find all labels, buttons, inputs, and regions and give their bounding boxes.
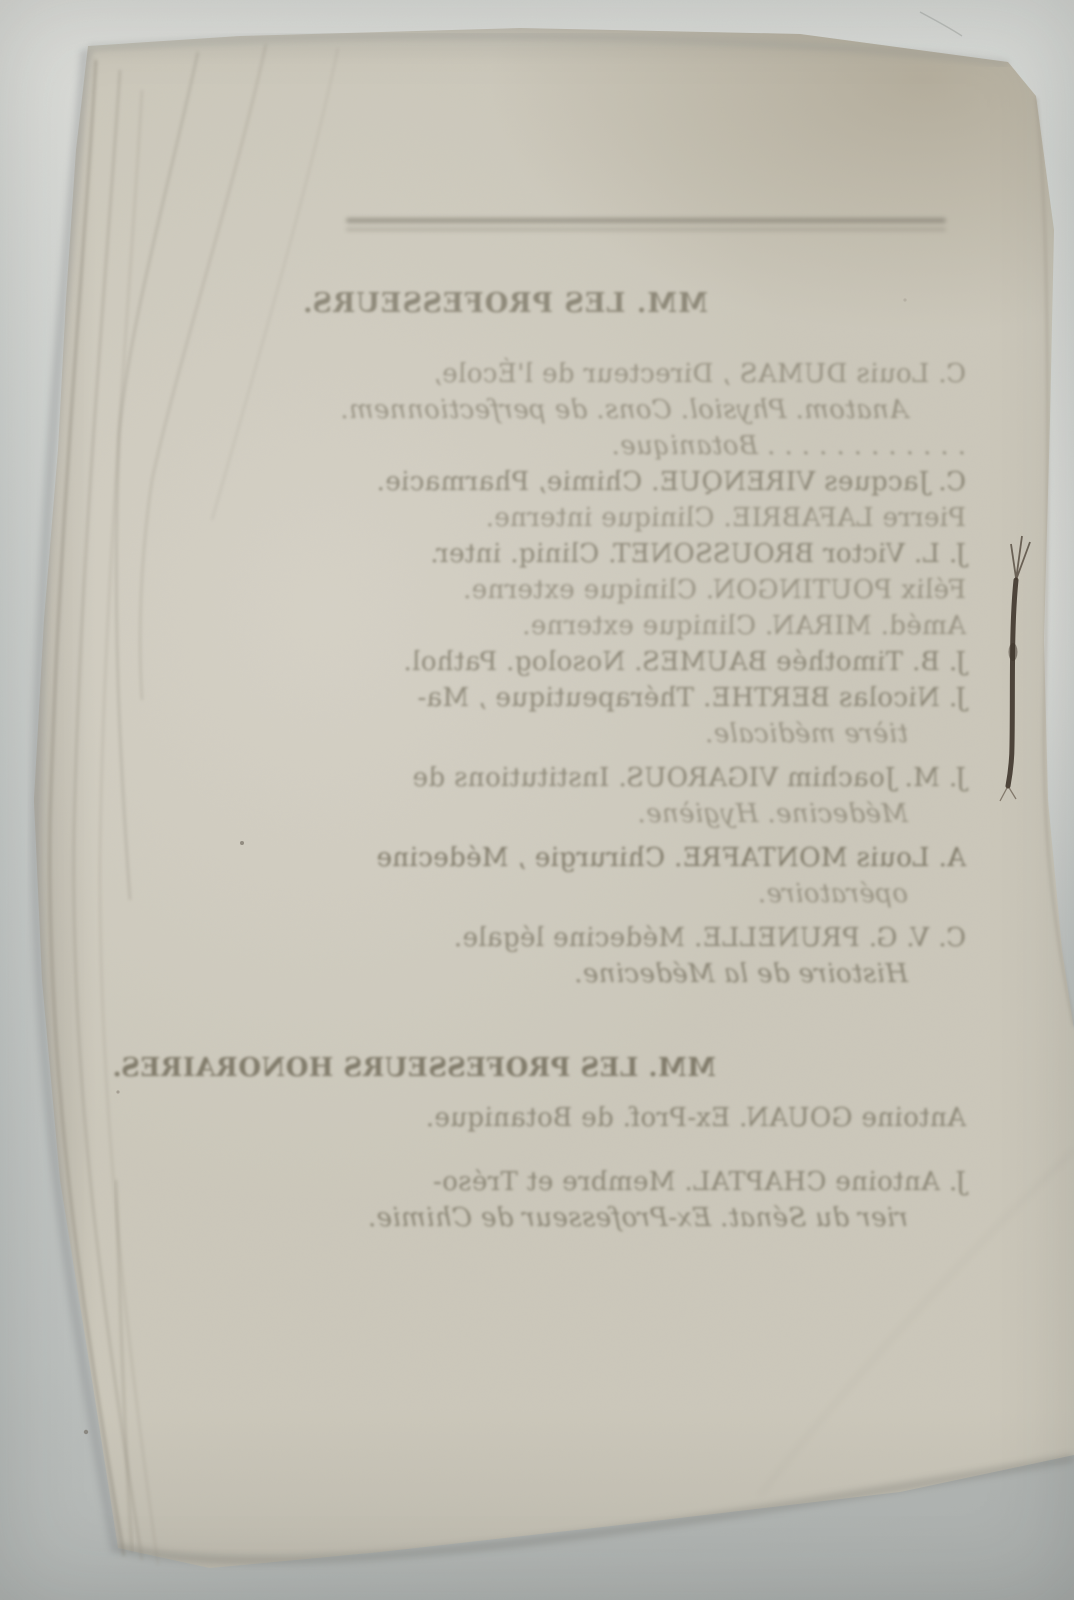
backdrop-hair-mark: [920, 12, 962, 36]
speck-3: [84, 1430, 88, 1434]
professor-entry-virenque: C. Jacques VIRENQUE. Chimie, Pharmacie.: [336, 464, 966, 500]
professor-entry-lafabrie: Pierre LAFABRIE. Clinique interne.: [336, 500, 966, 536]
honorary-entry-gouan: Antoine GOUAN. Ex-Prof. de Botanique.: [336, 1100, 966, 1136]
professor-entry-prunelle: C. V. G. PRUNELLE. Médecine légale.: [336, 920, 966, 956]
show-through-text-block: MM. LES PROFESSEURS. C. Louis DUMAS , Di…: [330, 270, 966, 1236]
professor-entry-berthe: J. Nicolas BERTHE. Thérapeutique , Ma-: [336, 680, 966, 716]
professor-entry-montafre-cont: opératoire.: [336, 876, 908, 912]
professor-entry-baumes: J. B. Timothée BAUMES. Nosolog. Pathol.: [336, 644, 966, 680]
professors-heading: MM. LES PROFESSEURS.: [336, 286, 708, 322]
professor-entry-vigarous: J. M. Joachim VIGAROUS. Institutions de: [336, 760, 966, 796]
professor-entry-berthe-cont: tière médicale.: [336, 716, 908, 752]
rule-thin-line: [346, 228, 946, 231]
honorary-professors-heading: MM. LES PROFESSEURS HONORAIRES.: [336, 1050, 716, 1086]
photo-backdrop: MM. LES PROFESSEURS. C. Louis DUMAS , Di…: [0, 0, 1074, 1600]
professor-entry-poutingon: Félix POUTINGON. Clinique externe.: [336, 572, 966, 608]
professor-entry-dumas: C. Louis DUMAS , Directeur de l'École,: [336, 356, 966, 392]
honorary-entry-chaptal-cont: rier du Sénat. Ex-Professeur de Chimie.: [336, 1200, 908, 1236]
honorary-entry-chaptal: J. Antoine CHAPTAL. Membre et Tréso-: [336, 1164, 966, 1200]
professor-entry-broussonet: J. L. Victor BROUSSONET. Cliniq. inter.: [336, 536, 966, 572]
professor-entry-miran: Améd. MIRAN. Clinique externe.: [336, 608, 966, 644]
vacant-chair-botanique: . . . . . . . . . . . . Botanique.: [336, 428, 966, 464]
printed-double-rule: [346, 218, 946, 231]
professor-entry-montafre: A. Louis MONTAFRE. Chirurgie , Médecine: [336, 840, 966, 876]
rule-thick-line: [346, 218, 946, 223]
professor-entry-prunelle-cont: Histoire de la Médecine.: [336, 956, 908, 992]
professor-entry-dumas-cont: Anatom. Physiol. Cons. de perfectionnem.: [336, 392, 908, 428]
professor-entry-vigarous-cont: Médecine. Hygiène.: [336, 796, 908, 832]
